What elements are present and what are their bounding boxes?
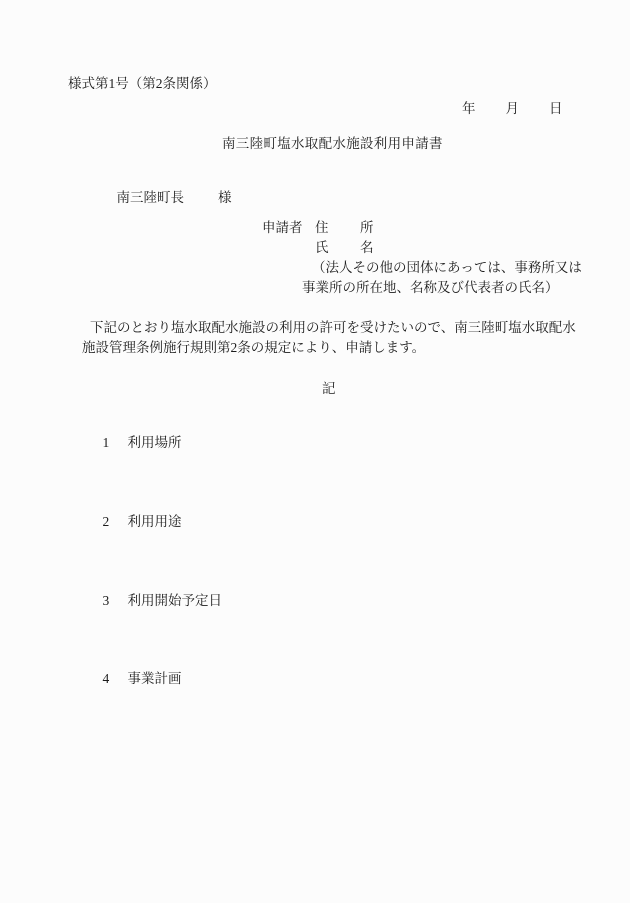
date-line: 年 月 日 — [462, 102, 564, 116]
form-number-line: 様式第1号（第2条関係） — [68, 77, 217, 91]
item-label: 事業計画 — [128, 671, 182, 686]
document-title: 南三陸町塩水取配水施設利用申請書 — [222, 137, 443, 151]
application-form-page: 様式第1号（第2条関係） 年 月 日 南三陸町塩水取配水施設利用申請書 南三陸町… — [0, 0, 630, 903]
item-label: 利用場所 — [128, 435, 182, 450]
item-number: 1 — [103, 436, 128, 450]
applicant-note-line2: 事業所の所在地、名称及び代表者の氏名） — [302, 281, 559, 295]
item-label: 利用用途 — [128, 514, 182, 529]
item-label: 利用開始予定日 — [128, 593, 223, 608]
recipient-line: 南三陸町長様 — [103, 177, 232, 218]
item-row: 4事業計画 — [89, 658, 182, 699]
recipient-honorific: 様 — [218, 190, 232, 205]
applicant-address-label: 住 所 — [315, 221, 375, 235]
item-row: 3利用開始予定日 — [89, 580, 222, 621]
record-marker: 記 — [322, 382, 336, 396]
item-row: 1利用場所 — [89, 422, 182, 463]
item-row: 2利用用途 — [89, 501, 182, 542]
applicant-label: 申請者 — [262, 221, 303, 235]
item-number: 3 — [103, 594, 128, 608]
recipient-name: 南三陸町長 — [117, 190, 185, 205]
body-paragraph-line2: 施設管理条例施行規則第2条の規定により、申請します。 — [82, 341, 425, 355]
item-number: 2 — [103, 515, 128, 529]
applicant-note-line1: （法人その他の団体にあっては、事務所又は — [312, 261, 582, 275]
item-number: 4 — [103, 672, 128, 686]
body-paragraph-line1: 下記のとおり塩水取配水施設の利用の許可を受けたいので、南三陸町塩水取配水 — [90, 321, 576, 335]
applicant-name-label: 氏 名 — [315, 241, 375, 255]
